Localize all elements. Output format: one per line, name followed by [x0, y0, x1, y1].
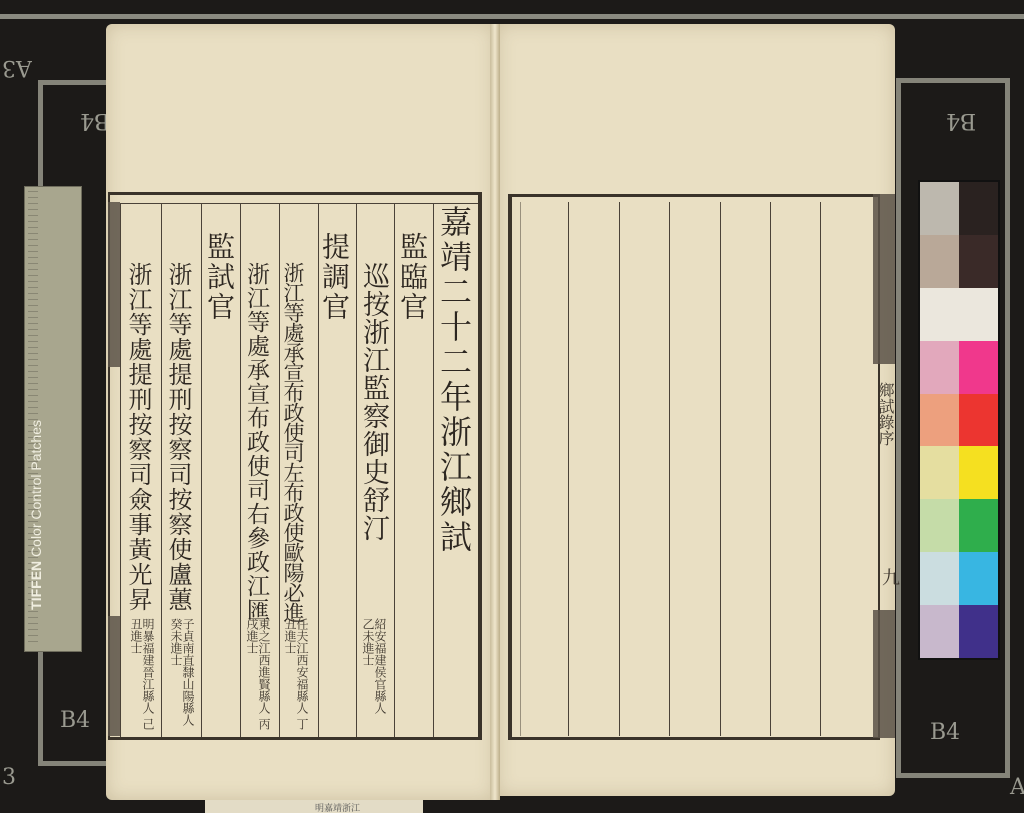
- color-patch-green: [959, 499, 998, 552]
- official-name: 浙江等處承宣布政使司左布政使歐陽必進: [282, 262, 303, 622]
- mat-label-a3: A3: [2, 55, 32, 80]
- color-patch-dark-brown: [959, 235, 998, 288]
- official-name: 浙江等處提刑按察司按察使盧蕙: [166, 262, 190, 612]
- margin-title: 鄉試錄序: [874, 382, 897, 446]
- column-rule: [520, 202, 521, 736]
- page-number: 九: [876, 568, 902, 586]
- left-fishtail-top: [108, 202, 120, 367]
- bottom-label-text: 明嘉靖浙江: [315, 801, 360, 813]
- color-patch-pale-cyan: [920, 552, 959, 605]
- color-patch-violet: [959, 605, 998, 658]
- tiffen-brand-label: TIFFEN Color Control Patches: [28, 420, 44, 610]
- official-name: 浙江等處承宣布政使司右參政江匯: [244, 262, 267, 622]
- mat-label-b4-bottom-left: B4: [60, 708, 90, 733]
- column-rule: [201, 203, 202, 737]
- official-name: 巡按浙江監察御史舒汀: [360, 262, 387, 542]
- column-rule: [820, 202, 821, 736]
- column-rule: [394, 203, 395, 737]
- color-patch-magenta: [959, 341, 998, 394]
- tiffen-label: Color Control Patches: [28, 420, 44, 557]
- official-note: 明暴福建晉江縣人 己丑進士: [130, 618, 154, 733]
- bottom-catalog-label: 明嘉靖浙江: [205, 800, 423, 813]
- right-fishtail-bottom: [873, 610, 895, 738]
- color-patch-pale-yellow: [920, 446, 959, 499]
- frame-inner-top: [120, 203, 478, 204]
- official-note: 任夫江西安福縣人 丁丑進士: [284, 618, 308, 733]
- official-note: 東之江西進賢縣人 丙戌進士: [246, 618, 270, 733]
- mat-label-b4-top-right: B4: [946, 108, 976, 133]
- official-note: 子貞南直隸山陽縣人 癸未進士: [170, 618, 194, 733]
- column-rule: [279, 203, 280, 737]
- book-spine: [490, 24, 500, 800]
- mat-border-top: [0, 14, 1024, 19]
- column-rule: [356, 203, 357, 737]
- color-patch-cyan: [959, 552, 998, 605]
- column-rule: [720, 202, 721, 736]
- mat-label-3: 3: [2, 765, 16, 790]
- color-patch-pale-magenta: [920, 341, 959, 394]
- color-patch-pale-violet: [920, 605, 959, 658]
- color-patch-white: [920, 288, 998, 341]
- tiffen-brand: TIFFEN: [28, 561, 44, 610]
- column-rule: [161, 203, 162, 737]
- official-name: 浙江等處提刑按察司僉事黃光昇: [126, 262, 150, 612]
- column-rule: [120, 203, 121, 737]
- color-patch-pale-green: [920, 499, 959, 552]
- color-patch-yellow: [959, 446, 998, 499]
- column-rule: [433, 203, 434, 737]
- right-fishtail-top: [873, 194, 895, 364]
- column-rule: [770, 202, 771, 736]
- color-patch-light-gray: [920, 182, 959, 235]
- mat-label-a: A: [1010, 775, 1024, 800]
- column-rule: [568, 202, 569, 736]
- color-patch-red: [959, 394, 998, 447]
- mat-label-b4-bottom-right: B4: [930, 720, 960, 745]
- color-patch-pale-red: [920, 394, 959, 447]
- official-note: 紹安福建侯官縣人 乙未進士: [362, 618, 386, 728]
- section-heading-administrator: 提調官: [320, 232, 348, 322]
- column-rule: [669, 202, 670, 736]
- left-fishtail-bottom: [108, 616, 120, 736]
- color-control-patches: [918, 180, 1000, 660]
- section-heading-examiner: 監試官: [205, 232, 233, 322]
- column-rule: [240, 203, 241, 737]
- color-patch-warm-gray: [920, 235, 959, 288]
- section-heading-supervisor: 監臨官: [398, 232, 426, 322]
- exam-title: 嘉靖二十二年浙江鄉試: [438, 205, 470, 555]
- color-patch-black: [959, 182, 998, 235]
- column-rule: [619, 202, 620, 736]
- right-page-frame: [508, 194, 880, 740]
